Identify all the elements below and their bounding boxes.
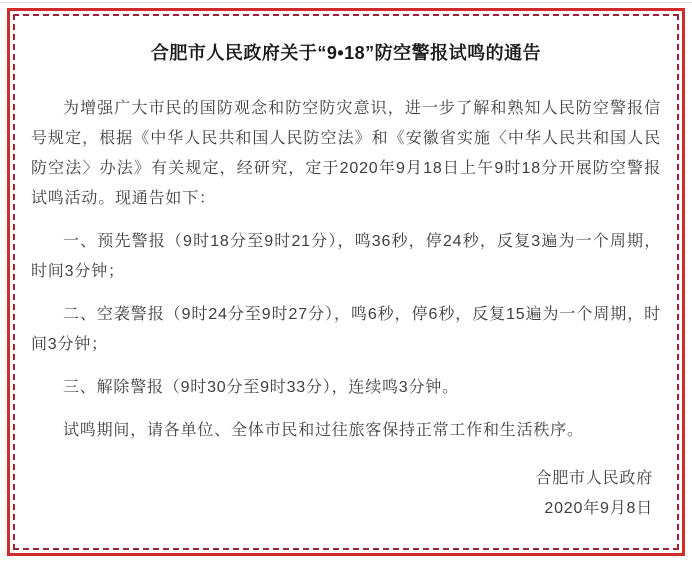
notice-paragraph-item-1: 一、预先警报（9时18分至9时21分），鸣36秒，停24秒，反复3遍为一个周期，…: [31, 227, 661, 287]
signature-block: 合肥市人民政府 2020年9月8日: [31, 464, 661, 524]
inner-dashed-frame: 合肥市人民政府关于“9•18”防空警报试鸣的通告 为增强广大市民的国防观念和防空…: [13, 14, 679, 550]
notice-title: 合肥市人民政府关于“9•18”防空警报试鸣的通告: [31, 42, 661, 64]
outer-border-frame: 合肥市人民政府关于“9•18”防空警报试鸣的通告 为增强广大市民的国防观念和防空…: [7, 8, 685, 556]
notice-paragraph-item-2: 二、空袭警报（9时24分至9时27分），鸣6秒，停6秒，反复15遍为一个周期，时…: [31, 300, 661, 360]
notice-paragraph-closing: 试鸣期间，请各单位、全体市民和过往旅客保持正常工作和生活秩序。: [31, 416, 661, 446]
notice-paragraph-item-3: 三、解除警报（9时30分至9时33分），连续鸣3分钟。: [31, 373, 661, 403]
top-edge-line: [0, 2, 692, 3]
notice-paragraph-intro: 为增强广大市民的国防观念和防空防灾意识，进一步了解和熟知人民防空警报信号规定，根…: [31, 94, 661, 214]
notice-page: 合肥市人民政府关于“9•18”防空警报试鸣的通告 为增强广大市民的国防观念和防空…: [0, 0, 692, 562]
signature-author: 合肥市人民政府: [31, 464, 653, 494]
signature-date: 2020年9月8日: [31, 494, 653, 524]
